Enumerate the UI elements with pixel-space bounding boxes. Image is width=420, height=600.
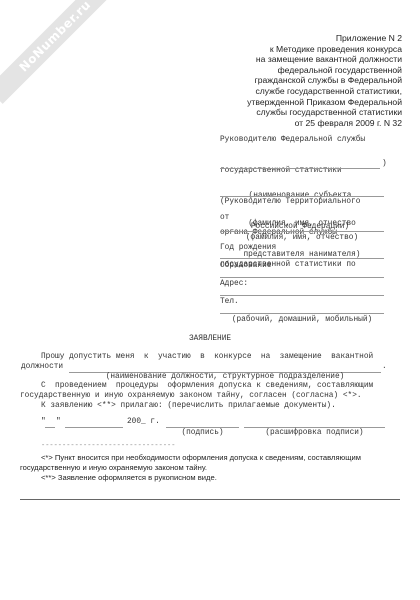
footnote-separator: -------------------------------- [41,442,175,450]
phone-line[interactable] [220,313,384,314]
date-year: 200_ г. [127,417,160,427]
applicant-name-line[interactable] [220,231,384,232]
phone-hint: (рабочий, домашний, мобильный) [220,315,384,325]
footnote-1-line2: государственную и иную охраняемую законо… [20,463,207,473]
para1-position-label: должности [21,362,63,372]
appendix-line: утвержденной Приказом Федеральной [172,97,402,108]
addressee-line: Руководителю Федеральной службы [220,135,365,145]
address-label: Адрес: [220,279,248,289]
education-line[interactable] [220,277,384,278]
date-day-line[interactable] [45,427,55,428]
signature-decode-hint: (расшифровка подписи) [244,428,385,438]
signature-hint: (подпись) [166,428,239,438]
watermark: NoNumber.ru [0,0,123,104]
appendix-line: Приложение N 2 [172,33,402,44]
footnote-2: <**> Заявление оформляется в рукописном … [41,473,217,483]
para3-attachments: К заявлению <**> прилагаю: (перечислить … [41,401,336,411]
address-line[interactable] [220,295,384,296]
date-month-line[interactable] [65,427,123,428]
appendix-line: гражданской службы в Федеральной [172,75,402,86]
date-quote-close: " [56,417,61,427]
phone-label: Тел. [220,297,239,307]
footnote-1-line1: <*> Пункт вносится при необходимости офо… [41,453,361,463]
from-label: от [220,213,229,223]
para1-end: . [382,362,387,372]
close-paren: ) [382,159,387,169]
appendix-line: федеральной государственной [172,65,402,76]
date-quote-open: " [41,417,46,427]
para2-line1: С проведением процедуры оформления допус… [41,381,373,391]
employer-rep-line[interactable] [220,196,384,197]
appendix-line: службе государственной статистики, [172,86,402,97]
appendix-line: на замещение вакантной должности [172,54,402,65]
statement-title: ЗАЯВЛЕНИЕ [20,334,400,344]
birth-year-label: Год рождения [220,243,276,253]
appendix-line: к Методике проведения конкурса [172,44,402,55]
subject-line[interactable] [220,168,380,169]
applicant-hint: (фамилия, имя, отчество) [220,233,384,243]
education-label: Образование [220,261,271,271]
bottom-rule [20,499,400,500]
birth-year-line[interactable] [220,258,384,259]
para1-line1: Прошу допустить меня к участию в конкурс… [41,352,373,362]
para2-line2: государственную и иную охраняемую законо… [20,391,362,401]
employer-rep-hint-line: (фамилия, имя, отчество [220,219,384,229]
